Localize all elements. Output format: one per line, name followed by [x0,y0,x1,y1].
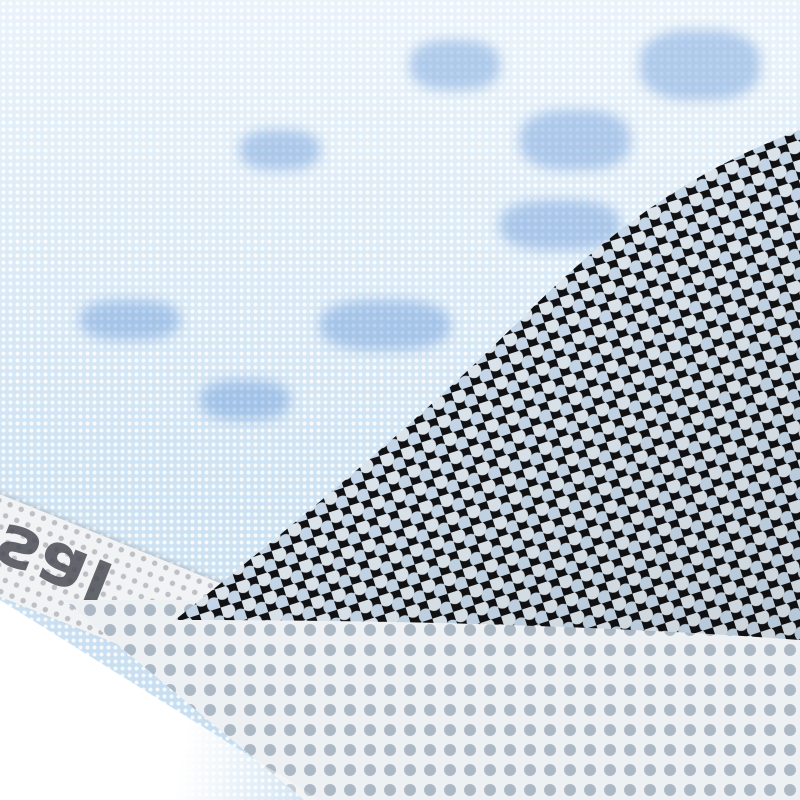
curled-black-film [0,0,800,800]
photo-scene: ersal [0,0,800,800]
